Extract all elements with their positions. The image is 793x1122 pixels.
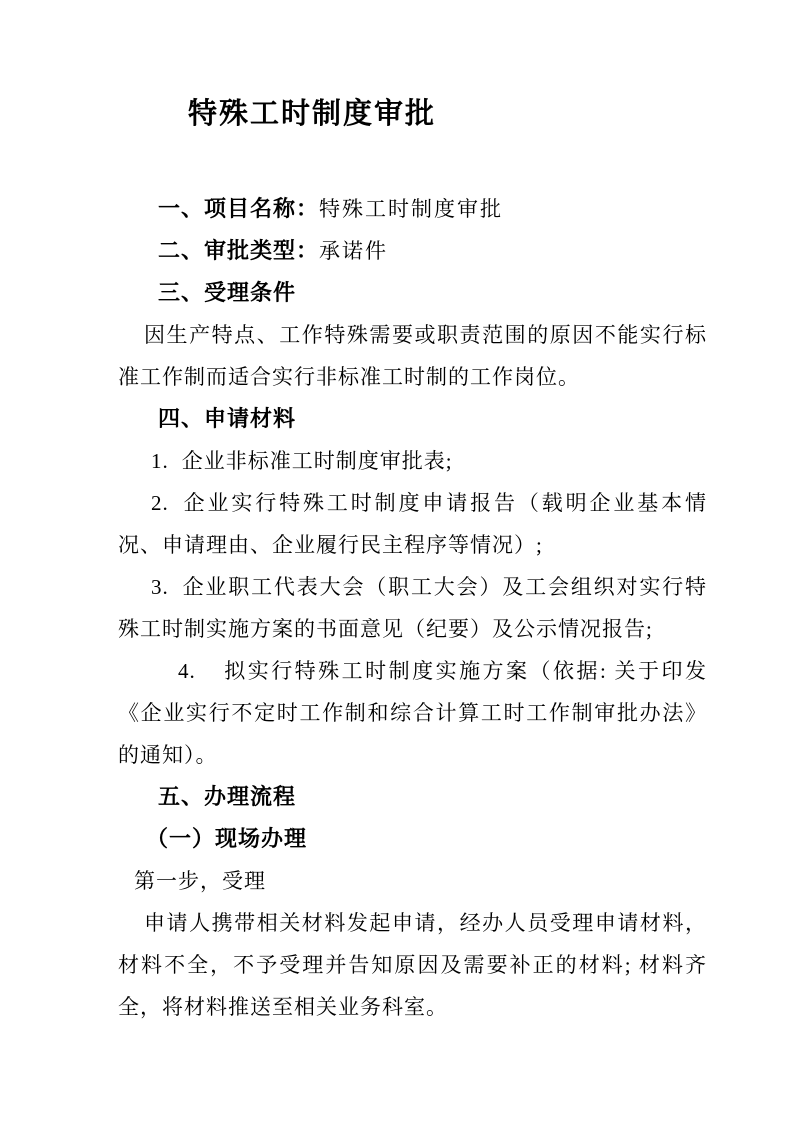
material-item-2: 2.企业实行特殊工时制度申请报告（载明企业基本情况、申请理由、企业履行民主程序等… — [118, 482, 707, 566]
section-acceptance-conditions-heading: 三、受理条件 — [118, 272, 707, 314]
field-approval-type-label: 二、审批类型： — [158, 238, 319, 263]
step1-title: 第一步，受理 — [118, 860, 707, 902]
material-item-4: 4.拟实行特殊工时制度实施方案（依据: 关于印发《企业实行不定时工作制和综合计算… — [118, 650, 707, 776]
document-content: 特殊工时制度审批 一、项目名称：特殊工时制度审批 二、审批类型：承诺件 三、受理… — [0, 0, 793, 1028]
document-page: 特殊工时制度审批 一、项目名称：特殊工时制度审批 二、审批类型：承诺件 三、受理… — [0, 0, 793, 1122]
field-project-name-label: 一、项目名称： — [158, 196, 319, 221]
document-title: 特殊工时制度审批 — [188, 94, 707, 134]
material-item-1-text: 企业非标准工时制度审批表; — [182, 449, 453, 473]
material-item-2-number: 2. — [151, 491, 169, 515]
step1-body: 申请人携带相关材料发起申请，经办人员受理申请材料，材料不全，不予受理并告知原因及… — [118, 902, 707, 1028]
field-approval-type: 二、审批类型：承诺件 — [118, 230, 707, 272]
material-item-3: 3.企业职工代表大会（职工大会）及工会组织对实行特殊工时制实施方案的书面意见（纪… — [118, 566, 707, 650]
section-acceptance-conditions-body: 因生产特点、工作特殊需要或职责范围的原因不能实行标准工作制而适合实行非标准工时制… — [118, 314, 707, 398]
field-project-name: 一、项目名称：特殊工时制度审批 — [118, 188, 707, 230]
section-application-materials-heading: 四、申请材料 — [118, 398, 707, 440]
material-item-4-text: 拟实行特殊工时制度实施方案（依据: 关于印发《企业实行不定时工作制和综合计算工时… — [118, 659, 707, 767]
material-item-1-number: 1. — [151, 449, 169, 473]
material-item-2-text: 企业实行特殊工时制度申请报告（载明企业基本情况、申请理由、企业履行民主程序等情况… — [118, 491, 707, 557]
material-item-3-number: 3. — [151, 575, 169, 599]
material-item-1: 1.企业非标准工时制度审批表; — [118, 440, 707, 482]
material-item-4-number: 4. — [178, 659, 196, 683]
subsection-onsite-handling-heading: （一）现场办理 — [118, 818, 707, 860]
field-approval-type-value: 承诺件 — [319, 239, 388, 263]
material-item-3-text: 企业职工代表大会（职工大会）及工会组织对实行特殊工时制实施方案的书面意见（纪要）… — [118, 575, 707, 641]
section-process-heading: 五、办理流程 — [118, 776, 707, 818]
field-project-name-value: 特殊工时制度审批 — [319, 197, 503, 221]
